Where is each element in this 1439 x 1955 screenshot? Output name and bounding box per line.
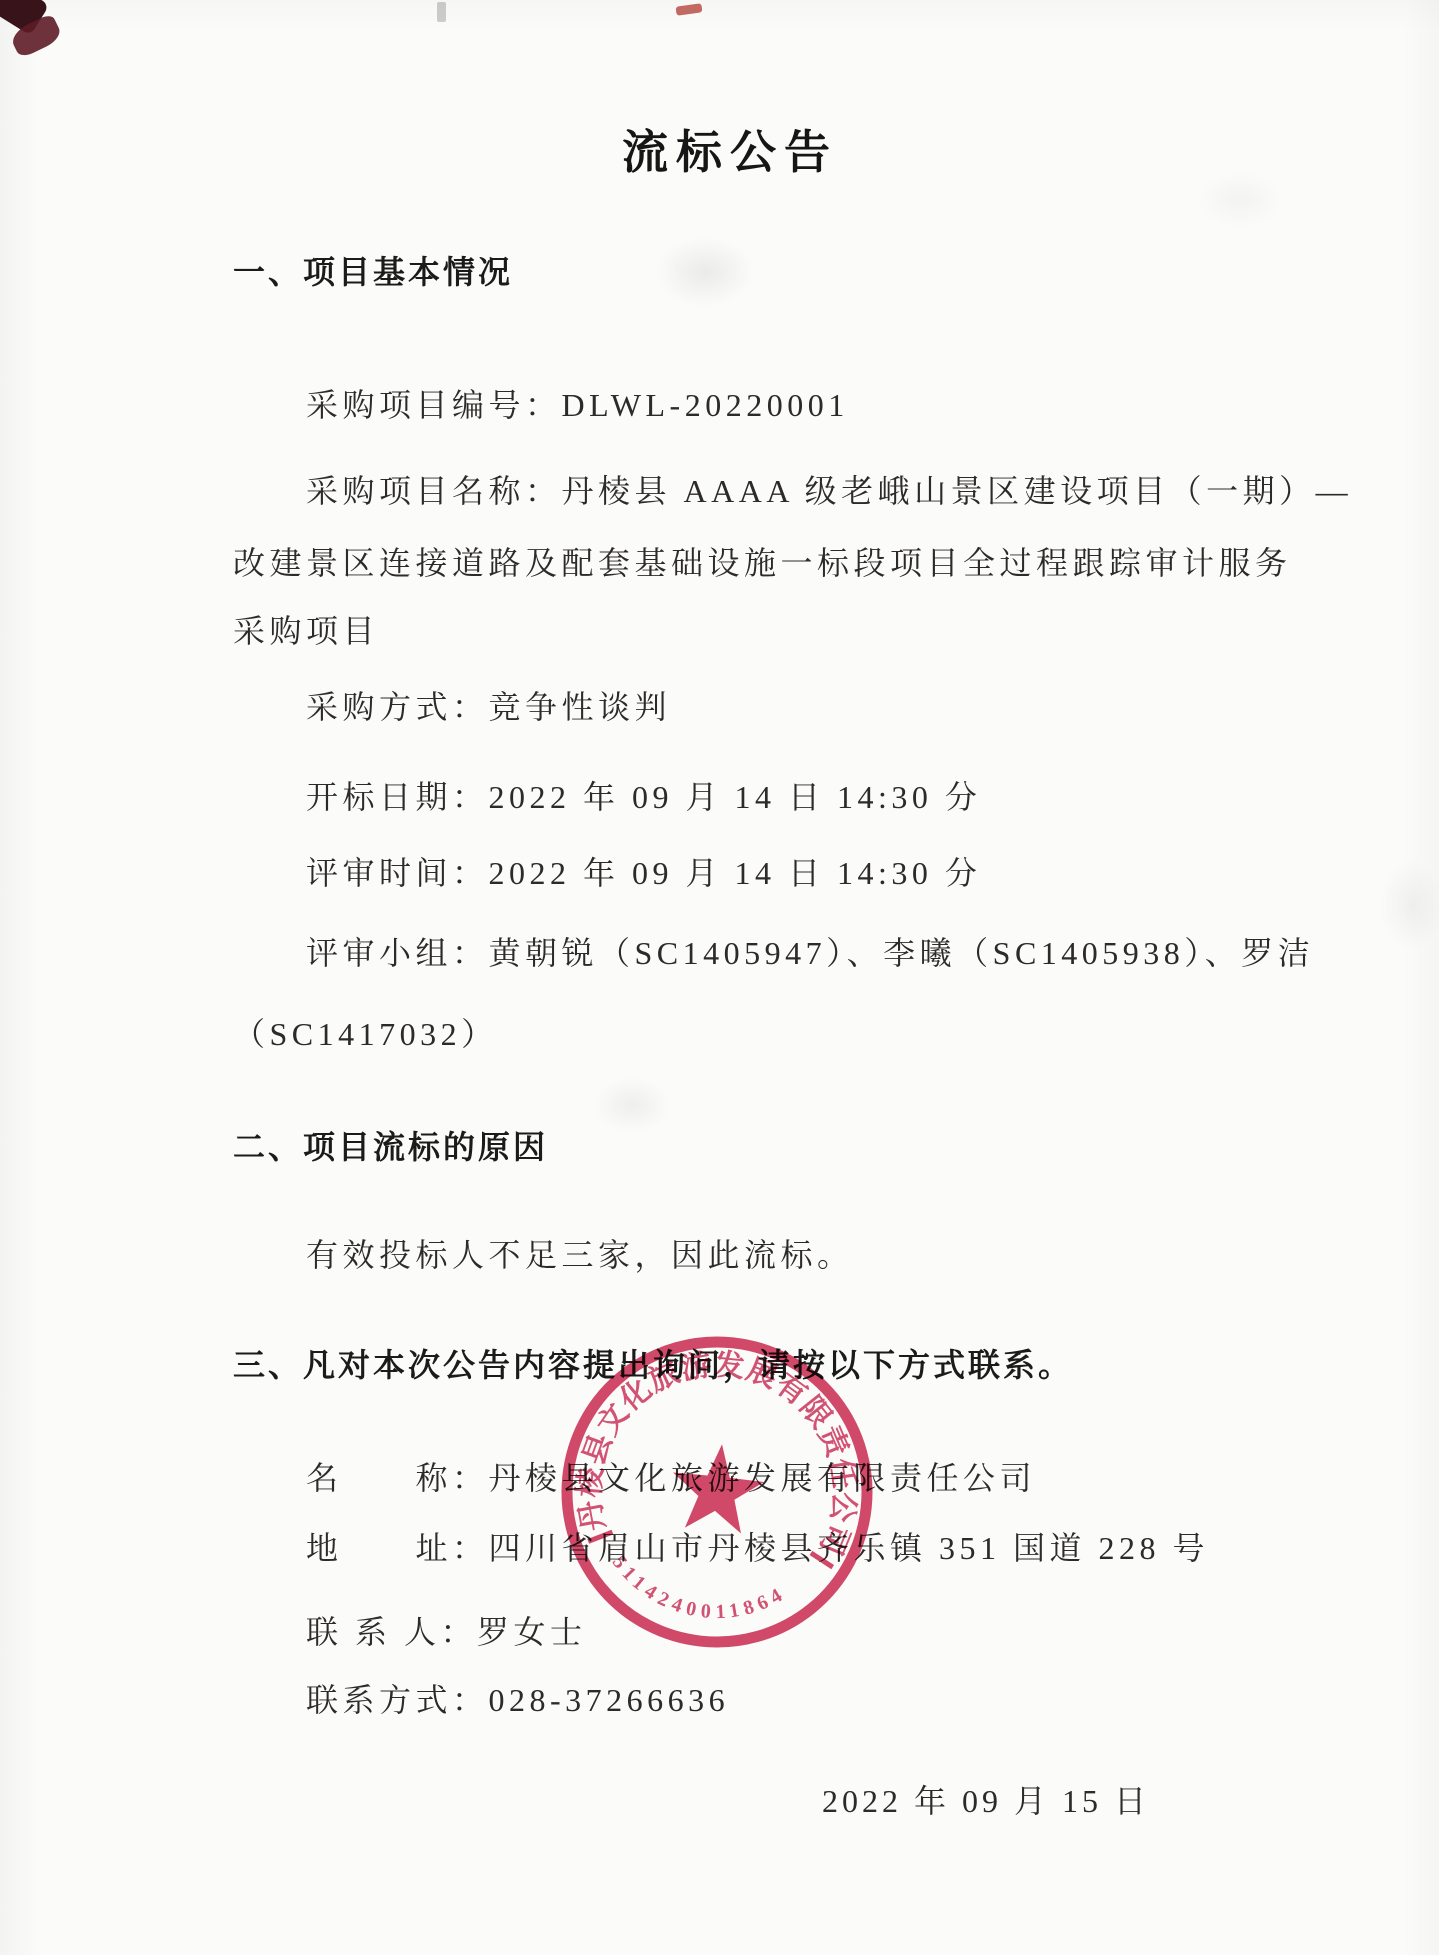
section-3-heading: 三、凡对本次公告内容提出询问，请按以下方式联系。 (233, 1340, 1333, 1386)
procurement-project-name-line-1: 采购项目名称：丹棱县 AAAA 级老峨山景区建设项目（一期）— (306, 466, 1406, 512)
scan-artifact-corner-mark (0, 0, 49, 36)
failure-reason-line: 有效投标人不足三家，因此流标。 (306, 1230, 1406, 1276)
section-2-heading: 二、项目流标的原因 (233, 1122, 1333, 1168)
procurement-project-name-line-2: 改建景区连接道路及配套基础设施一标段项目全过程跟踪审计服务 (233, 538, 1333, 584)
bid-opening-date-line: 开标日期：2022 年 09 月 14 日 14:30 分 (306, 772, 1406, 818)
scan-artifact-corner-mark (8, 13, 63, 59)
contact-person-line: 联 系 人：罗女士 (306, 1607, 1406, 1653)
procurement-project-number-line: 采购项目编号：DLWL-20220001 (306, 380, 1406, 426)
scanned-document-page: { "page": { "ink_color": "#2c2a2a", "bac… (0, 0, 1439, 1955)
contact-name-line: 名 称：丹棱县文化旅游发展有限责任公司 (306, 1453, 1406, 1499)
review-panel-line-1: 评审小组：黄朝锐（SC1405947）、李曦（SC1405938）、罗洁 (306, 928, 1406, 974)
procurement-project-name-line-3: 采购项目 (233, 606, 1333, 652)
document-title: 流标公告 (0, 116, 1439, 182)
contact-phone-line: 联系方式：028-37266636 (306, 1675, 1406, 1721)
review-time-line: 评审时间：2022 年 09 月 14 日 14:30 分 (306, 848, 1406, 894)
contact-address-line: 地 址：四川省眉山市丹棱县齐乐镇 351 国道 228 号 (306, 1523, 1406, 1569)
scan-artifact-red-mark (676, 3, 703, 16)
document-date: 2022 年 09 月 15 日 (822, 1776, 1150, 1822)
review-panel-line-2: （SC1417032） (233, 1009, 1333, 1055)
scan-shading (0, 0, 1439, 1955)
section-1-heading: 一、项目基本情况 (233, 247, 1333, 293)
procurement-method-line: 采购方式：竞争性谈判 (306, 682, 1406, 728)
scan-artifact-gray-mark (437, 2, 446, 22)
